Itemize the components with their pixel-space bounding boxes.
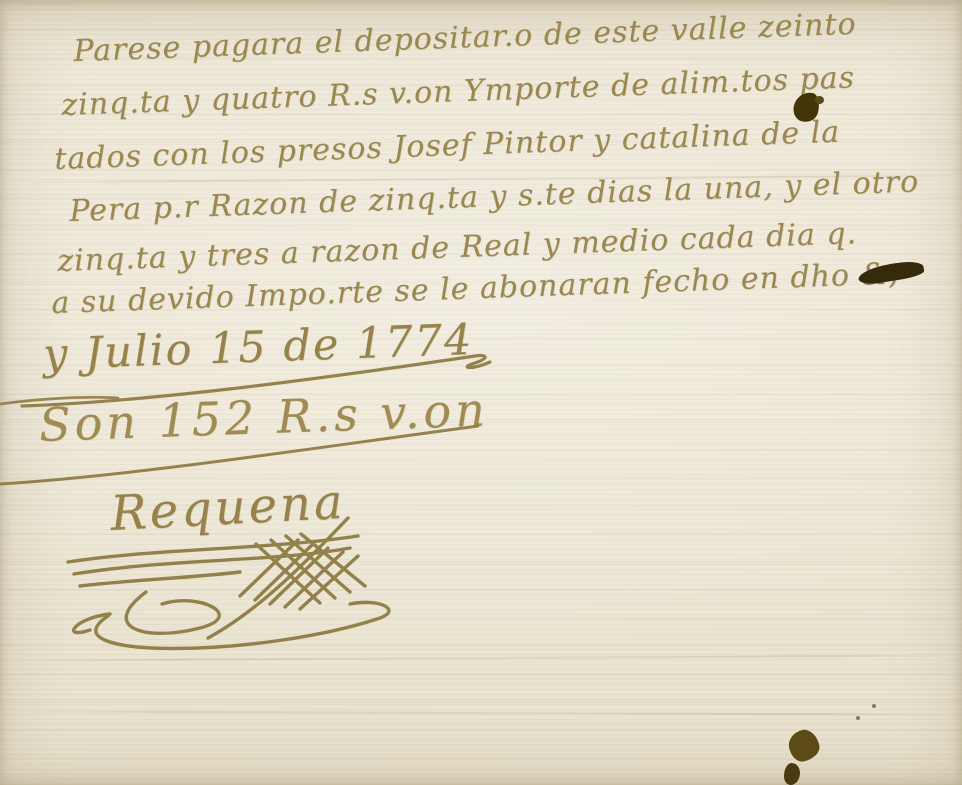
ink-blot xyxy=(815,96,824,104)
paper-crease xyxy=(0,710,962,715)
manuscript-page: Parese pagara el depositar.o de este val… xyxy=(0,0,962,785)
date-line: y Julio 15 de 1774 xyxy=(42,315,474,380)
total-line: Son 152 R.s v.on xyxy=(38,382,489,452)
ink-blot xyxy=(784,763,800,785)
paper-crease xyxy=(0,654,962,661)
ink-speck xyxy=(856,716,860,720)
manuscript-line: Parese pagara el depositar.o de este val… xyxy=(73,7,857,69)
signature-name: Requena xyxy=(109,474,347,542)
ink-blot xyxy=(786,727,822,764)
manuscript-line: zinq.ta y quatro R.s v.on Ymporte de ali… xyxy=(61,60,856,123)
manuscript-line: tados con los presos Josef Pintor y cata… xyxy=(54,115,841,177)
ink-speck xyxy=(872,704,876,708)
